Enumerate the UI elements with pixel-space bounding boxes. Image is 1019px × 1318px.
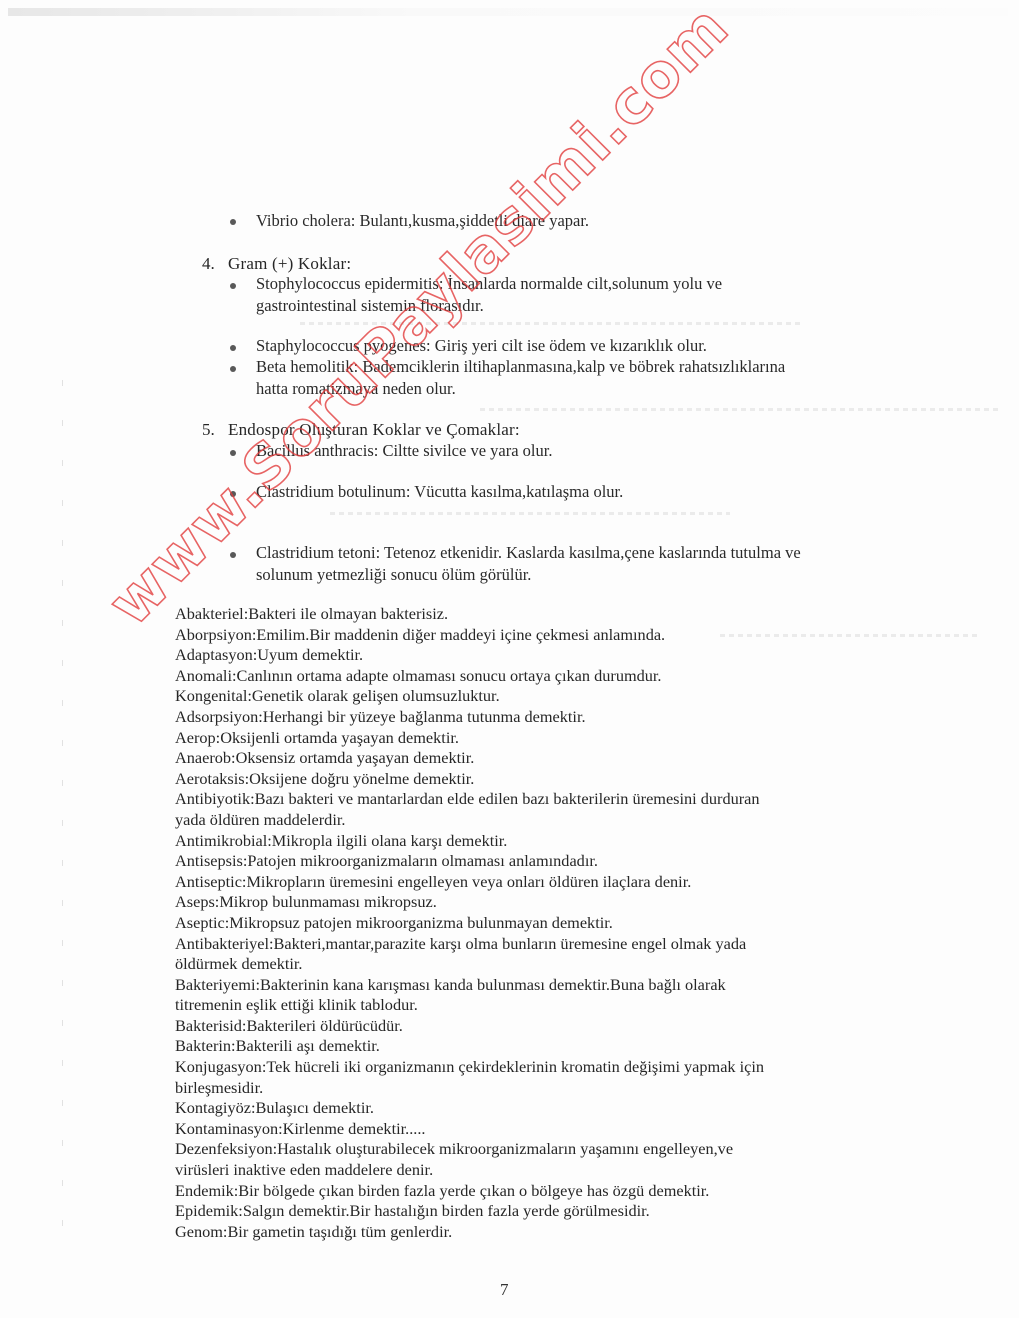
glossary-line: virüsleri inaktive eden maddelere denir. (175, 1160, 825, 1181)
list-item: Bacillus anthracis: Ciltte sivilce ve ya… (256, 440, 552, 462)
bullet-icon (230, 345, 236, 351)
glossary-line: Kontaminasyon:Kirlenme demektir..... (175, 1119, 825, 1140)
bullet-icon (230, 450, 236, 456)
bleed-through-line (480, 408, 1000, 411)
list-item-line: Clastridium botulinum: Vücutta kasılma,k… (256, 481, 623, 503)
glossary-line: Anaerob:Oksensiz ortamda yaşayan demekti… (175, 748, 825, 769)
glossary-line: Antisepsis:Patojen mikroorganizmaların o… (175, 851, 825, 872)
list-item: Staphylococcus pyogenes: Giriş yeri cilt… (256, 335, 707, 357)
glossary-line: Bakterisid:Bakterileri öldürücüdür. (175, 1016, 825, 1037)
section-number: 4. (202, 254, 228, 274)
glossary-line: Genom:Bir gametin taşıdığı tüm genlerdir… (175, 1222, 825, 1243)
section-number: 5. (202, 420, 228, 440)
scan-noise-left (62, 380, 63, 1260)
list-item: Beta hemolitik: Bademciklerin iltihaplan… (256, 356, 785, 399)
glossary-line: öldürmek demektir. (175, 954, 825, 975)
glossary-line: Kontagiyöz:Bulaşıcı demektir. (175, 1098, 825, 1119)
list-item-line: Clastridium tetoni: Tetenoz etkenidir. K… (256, 542, 801, 564)
section-title: Endospor Oluşturan Koklar ve Çomaklar: (228, 420, 520, 439)
glossary-line: Adaptasyon:Uyum demektir. (175, 645, 825, 666)
glossary-line: Aerotaksis:Oksijene doğru yönelme demekt… (175, 769, 825, 790)
glossary-line: Konjugasyon:Tek hücreli iki organizmanın… (175, 1057, 825, 1078)
glossary-line: Kongenital:Genetik olarak gelişen olumsu… (175, 686, 825, 707)
glossary-line: Antiseptic:Mikropların üremesini engelle… (175, 872, 825, 893)
glossary-line: Aseptic:Mikropsuz patojen mikroorganizma… (175, 913, 825, 934)
glossary-line: Antibiyotik:Bazı bakteri ve mantarlardan… (175, 789, 825, 810)
bullet-icon (230, 552, 236, 558)
list-item: Stophylococcus epidermitis: İnsanlarda n… (256, 273, 722, 316)
list-item-line: hatta romatizmaya neden olur. (256, 378, 785, 400)
glossary-line: Abakteriel:Bakteri ile olmayan bakterisi… (175, 604, 825, 625)
bullet-icon (230, 366, 236, 372)
bleed-through-line (300, 322, 800, 325)
list-item-text: Vibrio cholera: Bulantı,kusma,şiddetli d… (256, 211, 589, 230)
list-item-line: Beta hemolitik: Bademciklerin iltihaplan… (256, 356, 785, 378)
list-item: Vibrio cholera: Bulantı,kusma,şiddetli d… (256, 210, 589, 232)
glossary-line: Dezenfeksiyon:Hastalık oluşturabilecek m… (175, 1139, 825, 1160)
list-item-line: Staphylococcus pyogenes: Giriş yeri cilt… (256, 335, 707, 357)
bullet-icon (230, 491, 236, 497)
list-item: Clastridium tetoni: Tetenoz etkenidir. K… (256, 542, 801, 585)
glossary-line: Anomali:Canlının ortama adapte olmaması … (175, 666, 825, 687)
glossary: Abakteriel:Bakteri ile olmayan bakterisi… (175, 604, 825, 1242)
glossary-line: Adsorpsiyon:Herhangi bir yüzeye bağlanma… (175, 707, 825, 728)
glossary-line: Aseps:Mikrop bulunmaması mikropsuz. (175, 892, 825, 913)
glossary-line: Aerop:Oksijenli ortamda yaşayan demektir… (175, 728, 825, 749)
glossary-line: yada öldüren maddelerdir. (175, 810, 825, 831)
bullet-icon (230, 219, 236, 225)
list-item-line: Stophylococcus epidermitis: İnsanlarda n… (256, 273, 722, 295)
glossary-line: birleşmesidir. (175, 1078, 825, 1099)
glossary-line: Bakteriyemi:Bakterinin kana karışması ka… (175, 975, 825, 996)
glossary-line: Bakterin:Bakterili aşı demektir. (175, 1036, 825, 1057)
scanned-page: Vibrio cholera: Bulantı,kusma,şiddetli d… (0, 0, 1019, 1318)
list-item-line: solunum yetmezliği sonucu ölüm görülür. (256, 564, 801, 586)
glossary-line: Antimikrobial:Mikropla ilgili olana karş… (175, 831, 825, 852)
page-number: 7 (500, 1280, 509, 1300)
section-heading: 5.Endospor Oluşturan Koklar ve Çomaklar: (202, 420, 520, 440)
bullet-icon (230, 283, 236, 289)
bleed-through-line (330, 512, 730, 515)
section-heading: 4.Gram (+) Koklar: (202, 254, 351, 274)
glossary-line: Antibakteriyel:Bakteri,mantar,parazite k… (175, 934, 825, 955)
glossary-line: Endemik:Bir bölgede çıkan birden fazla y… (175, 1181, 825, 1202)
glossary-line: Aborpsiyon:Emilim.Bir maddenin diğer mad… (175, 625, 825, 646)
scan-noise-top (8, 8, 1008, 16)
list-item: Clastridium botulinum: Vücutta kasılma,k… (256, 481, 623, 503)
glossary-line: Epidemik:Salgın demektir.Bir hastalığın … (175, 1201, 825, 1222)
list-item-line: Bacillus anthracis: Ciltte sivilce ve ya… (256, 440, 552, 462)
list-item-line: gastrointestinal sistemin florasıdır. (256, 295, 722, 317)
section-title: Gram (+) Koklar: (228, 254, 351, 273)
glossary-line: titremenin eşlik ettiği klinik tablodur. (175, 995, 825, 1016)
